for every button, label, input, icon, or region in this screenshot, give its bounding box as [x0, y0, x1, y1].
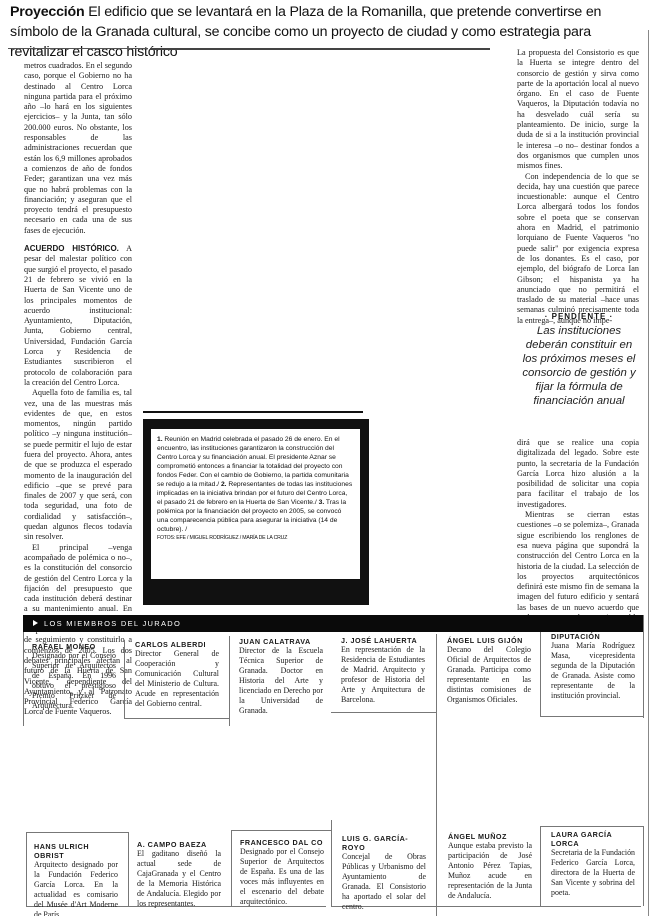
divider [124, 718, 229, 719]
headline-kicker: Proyección [10, 4, 85, 20]
headline-text: El edificio que se levantará en la Plaza… [10, 4, 601, 60]
divider [540, 826, 643, 827]
jury-member-card: Hans Ulrich Obrist Arquitecto designado … [34, 842, 118, 916]
paragraph: La propuesta del Consistorio es que la H… [517, 48, 639, 172]
photo-caption: 1. Reunión en Madrid celebrada el pasado… [151, 429, 360, 579]
divider [26, 832, 128, 833]
jury-member-bio: Designado por el Consejo Superior de Arq… [240, 847, 324, 907]
divider [124, 640, 125, 718]
right-column-continued: dirá que se realice una copia digitaliza… [517, 438, 639, 634]
jury-member-bio: Designado por el Consejo Superior de Arq… [32, 651, 116, 711]
jury-member-card: Diputación Juana María Rodríguez Masa, v… [551, 632, 635, 701]
paragraph: Acuerdo histórico. A pesar del malestar … [24, 244, 132, 388]
divider [331, 820, 332, 906]
jury-member-card: Laura García Lorca Secretaria de la Fund… [551, 830, 635, 898]
jury-member-card: Francesco Dal Co Designado por el Consej… [240, 838, 324, 907]
jury-member-card: Ángel Luis Gijón Decano del Colegio Ofic… [447, 636, 531, 705]
pull-quote-text: Las instituciones deberán constituir en … [519, 324, 639, 408]
paragraph: Con independencia de lo que se decida, h… [517, 172, 639, 326]
jury-member-card: J. José Lahuerta En representación de la… [341, 636, 425, 705]
jury-member-name: Carlos Alberdi [135, 640, 219, 649]
divider [331, 712, 436, 713]
divider [150, 48, 490, 50]
jury-member-name: Rafael Moneo [32, 642, 116, 651]
photo-credit: Fotos: EFE / Miguel Rodríguez / María de… [157, 534, 354, 543]
paragraph: dirá que se realice una copia digitaliza… [517, 438, 639, 510]
divider [540, 632, 541, 716]
jury-section-header: LOS MIEMBROS DEL JURADO [23, 615, 643, 632]
jury-member-bio: El gaditano diseñó la actual sede de Caj… [137, 849, 221, 909]
jury-member-bio: Director de la Escuela Técnica Superior … [239, 646, 323, 716]
jury-member-name: Luis G. García-Royo [342, 834, 426, 852]
column-rule [648, 30, 649, 916]
right-column: La propuesta del Consistorio es que la H… [517, 48, 639, 326]
divider [229, 636, 230, 726]
jury-member-bio: Secretaria de la Fundación Federico Garc… [551, 848, 635, 898]
divider [436, 634, 437, 916]
jury-member-bio: Arquitecto designado por la Fundación Fe… [34, 860, 118, 916]
photo-caption-box: 1. Reunión en Madrid celebrada el pasado… [143, 419, 369, 605]
jury-member-name: Laura García Lorca [551, 830, 635, 848]
jury-member-card: Juan Calatrava Director de la Escuela Té… [239, 637, 323, 716]
paragraph: metros cuadrados. En el segundo caso, po… [24, 61, 132, 236]
pull-quote: · PENDIENTE · Las instituciones deberán … [519, 312, 639, 408]
divider [643, 826, 644, 906]
jury-member-card: Luis G. García-Royo Concejal de Obras Pú… [342, 834, 426, 912]
jury-member-bio: Aunque estaba previsto la participación … [448, 841, 532, 901]
divider [231, 830, 232, 906]
jury-member-card: Carlos Alberdi Director General de Coope… [135, 640, 219, 709]
jury-member-card: Rafael Moneo Designado por el Consejo Su… [32, 642, 116, 711]
jury-member-card: Ángel Muñoz Aunque estaba previsto la pa… [448, 832, 532, 901]
section-lead: Acuerdo histórico. [24, 244, 119, 253]
jury-member-name: A. Campo Baeza [137, 840, 221, 849]
jury-member-bio: Juana María Rodríguez Masa, vicepresiden… [551, 641, 635, 701]
jury-member-name: Diputación [551, 632, 635, 641]
jury-member-bio: Decano del Colegio Oficial de Arquitecto… [447, 645, 531, 705]
jury-member-name: Juan Calatrava [239, 637, 323, 646]
triangle-right-icon [33, 620, 38, 626]
divider [8, 48, 148, 49]
jury-member-bio: Concejal de Obras Públicas y Urbanismo d… [342, 852, 426, 912]
jury-member-bio: Director General de Cooperación y Comuni… [135, 649, 219, 709]
jury-member-name: J. José Lahuerta [341, 636, 425, 645]
divider [540, 826, 541, 906]
divider [26, 832, 27, 906]
divider [231, 830, 331, 831]
jury-member-name: Ángel Muñoz [448, 832, 532, 841]
jury-member-bio: En representación de la Residencia de Es… [341, 645, 425, 705]
jury-member-name: Francesco Dal Co [240, 838, 324, 847]
paragraph: Aquella foto de familia es, tal vez, una… [24, 388, 132, 542]
jury-member-name: Ángel Luis Gijón [447, 636, 531, 645]
pull-quote-kicker: · PENDIENTE · [519, 312, 639, 321]
divider [143, 411, 363, 413]
jury-member-name: Hans Ulrich Obrist [34, 842, 118, 860]
divider [23, 632, 24, 726]
divider [128, 832, 129, 906]
jury-member-card: A. Campo Baeza El gaditano diseñó la act… [137, 840, 221, 909]
divider [643, 615, 644, 718]
divider [540, 716, 643, 717]
